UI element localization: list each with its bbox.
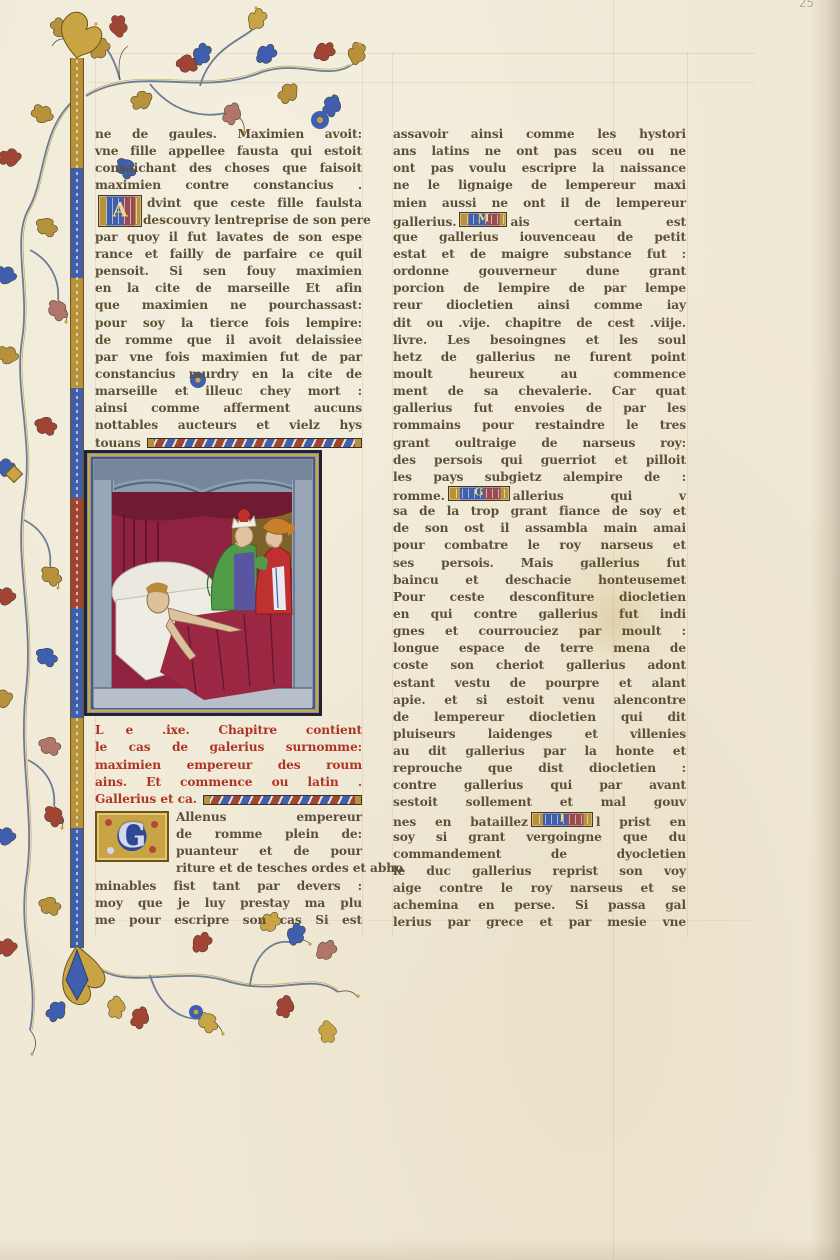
- rubric-chapter-heading: Le .ixe. Chapitre contientle cas de gale…: [95, 722, 362, 808]
- line-text: moult heureux au commence: [393, 367, 686, 381]
- line-text: mien aussi ne ont il de lempereur: [393, 196, 686, 210]
- line-text: ont pas voulu escripre la naissance: [393, 161, 686, 175]
- line-filler-ornament: [203, 795, 362, 805]
- line-text: minables fist tant par devers :: [95, 879, 362, 893]
- line-text: porcion de lempire de par lempe: [393, 281, 686, 295]
- manuscript-page: 25 ne de gaules. Maximien avoit:vne fill…: [0, 0, 840, 1260]
- bedchamber-scene: [112, 492, 294, 700]
- line-text: pluiseurs laidenges et villenies: [393, 727, 686, 741]
- initial-letter: I: [559, 810, 564, 827]
- line-text: baincu et deschacie honteusemet: [393, 573, 686, 587]
- line-text: ne de gaules. Maximien avoit:: [95, 127, 362, 141]
- line-text: de lempereur diocletien qui dit: [393, 710, 686, 724]
- line-text: ais certain est: [510, 215, 686, 229]
- text-line: apie. et si estoit venu alencontre: [393, 692, 686, 709]
- text-line: consaichant des choses que faisoit: [95, 160, 362, 177]
- text-line: contre gallerius qui par avant: [393, 777, 686, 794]
- text-line: le cas de galerius surnomme:: [95, 739, 362, 756]
- text-line: par vne fois maximien fut de par: [95, 349, 362, 366]
- text-line: achemina en perse. Si passa gal: [393, 897, 686, 914]
- champ-initial-A: A: [98, 195, 142, 227]
- line-text: sa de la trop grant fiance de soy et: [393, 504, 686, 518]
- illuminated-initial-G: G: [95, 811, 169, 862]
- line-text: romme.: [393, 489, 445, 503]
- line-text: le cas de galerius surnomme:: [95, 740, 362, 754]
- text-line: mien aussi ne ont il de lempereur: [393, 195, 686, 212]
- line-text: par quoy il fut lavates de son espe: [95, 230, 362, 244]
- champ-initial-G: G: [448, 486, 510, 501]
- line-text: de son ost il assambla main amai: [393, 521, 686, 535]
- line-text: les pays subgietz alempire de :: [393, 470, 686, 484]
- text-line: marseille et illeuc chey mort :: [95, 383, 362, 400]
- initial-letter: M: [477, 210, 489, 227]
- line-text: moy que je luy prestay ma plu: [95, 896, 362, 910]
- text-line: pensoit. Si sen fouy maximien: [95, 263, 362, 280]
- page-edge-shadow-right: [810, 0, 840, 1260]
- line-text: que maximien ne pourchassast:: [95, 298, 362, 312]
- text-line: maximien empereur des roum: [95, 757, 362, 774]
- line-text: des persois qui guerriot et pilloit: [393, 453, 686, 467]
- line-text: livre. Les besoingnes et les soul: [393, 333, 686, 347]
- text-line: livre. Les besoingnes et les soul: [393, 332, 686, 349]
- text-line: constancius murdry en la cite de: [95, 366, 362, 383]
- line-text: descouvry lentreprise de son pere: [143, 213, 371, 227]
- miniature-deathbed-scene: [84, 450, 322, 716]
- text-line: moy que je luy prestay ma plu: [95, 895, 362, 912]
- line-text: ans latins ne ont pas sceu ou ne: [393, 144, 686, 158]
- line-text: reur diocletien ainsi comme iay: [393, 298, 686, 312]
- initial-letter: G: [474, 484, 483, 501]
- line-text: dit ou .vije. chapitre de cest .viije.: [393, 316, 686, 330]
- line-filler-ornament: [147, 438, 362, 448]
- text-line: gallerius.Mais certain est: [393, 212, 686, 229]
- line-text: rance et failly de parfaire ce quil: [95, 247, 362, 261]
- line-text: commandement de dyocletien: [393, 847, 686, 861]
- text-line: reur diocletien ainsi comme iay: [393, 297, 686, 314]
- page-edge-shadow-bottom: [0, 1238, 840, 1260]
- line-text: estat et de maigre substance fut :: [393, 247, 686, 261]
- line-text: hetz de gallerius ne furent point: [393, 350, 686, 364]
- line-text: me pour escripre son cas Si est: [95, 913, 362, 927]
- text-line: lerius par grece et par mesie vne: [393, 914, 686, 931]
- miniature-painting: [84, 450, 322, 716]
- line-text: riture et de tesches ordes et abho: [176, 861, 403, 875]
- text-line: ne le lignaige de lempereur maxi: [393, 177, 686, 194]
- text-line: ment de sa chevalerie. Car quat: [393, 383, 686, 400]
- text-line: reprouche que dist diocletien :: [393, 760, 686, 777]
- text-line: maximien contre constancius .: [95, 177, 362, 194]
- text-line: gnes et courrouciez par moult :: [393, 623, 686, 640]
- text-line: le duc gallerius reprist son voy: [393, 863, 686, 880]
- line-text: pensoit. Si sen fouy maximien: [95, 264, 362, 278]
- line-text: ses persois. Mais gallerius fut: [393, 556, 686, 570]
- line-text: allerius qui v: [513, 489, 686, 503]
- line-text: contre gallerius qui par avant: [393, 778, 686, 792]
- text-line: pour combatre le roy narseus et: [393, 537, 686, 554]
- text-line: Gallerius et ca.: [95, 791, 362, 808]
- line-text: consaichant des choses que faisoit: [95, 161, 362, 175]
- text-line: grant oultraige de narseus roy:: [393, 435, 686, 452]
- text-line: vne fille appellee fausta qui estoit: [95, 143, 362, 160]
- text-line: baincu et deschacie honteusemet: [393, 572, 686, 589]
- initial-letter: A: [112, 201, 127, 218]
- chapter-opening: G Allenus empereurde romme plein de:puan…: [95, 809, 362, 929]
- line-text: soy si grant vergoingne que du: [393, 830, 686, 844]
- text-line: me pour escripre son cas Si est: [95, 912, 362, 929]
- text-line: ainsi comme afferment aucuns: [95, 400, 362, 417]
- line-text: estant vestu de pourpre et alant: [393, 676, 686, 690]
- line-text: puanteur et de pour: [176, 844, 362, 858]
- text-line: ains. Et commence ou latin .: [95, 774, 362, 791]
- line-text: maximien contre constancius .: [95, 178, 362, 192]
- text-line: commandement de dyocletien: [393, 846, 686, 863]
- line-text: pour soy la tierce fois lempire:: [95, 316, 362, 330]
- line-text: coste son cheriot gallerius adont: [393, 658, 686, 672]
- text-line: gallerius fut envoies de par les: [393, 400, 686, 417]
- text-line: ans latins ne ont pas sceu ou ne: [393, 143, 686, 160]
- text-line: Advint que ceste fille faulsta: [95, 195, 362, 212]
- line-text: Pour ceste desconfiture diocletien: [393, 590, 686, 604]
- line-text: aige contre le roy narseus et se: [393, 881, 686, 895]
- line-text: rommains pour restaindre le tres: [393, 418, 686, 432]
- line-text: par vne fois maximien fut de par: [95, 350, 362, 364]
- text-line: les pays subgietz alempire de :: [393, 469, 686, 486]
- text-line: rance et failly de parfaire ce quil: [95, 246, 362, 263]
- initial-letter: G: [118, 816, 147, 856]
- text-line: pluiseurs laidenges et villenies: [393, 726, 686, 743]
- line-text: le duc gallerius reprist son voy: [393, 864, 686, 878]
- line-text: de romme plein de:: [176, 827, 362, 841]
- line-text: pour combatre le roy narseus et: [393, 538, 686, 552]
- text-line: nes en bataillezIl prist en: [393, 812, 686, 829]
- text-line: par quoy il fut lavates de son espe: [95, 229, 362, 246]
- line-text: achemina en perse. Si passa gal: [393, 898, 686, 912]
- line-text: gallerius.: [393, 215, 456, 229]
- text-line: sestoit sollement et mal gouv: [393, 794, 686, 811]
- line-text: ordonne gouverneur dune grant: [393, 264, 686, 278]
- line-text: ment de sa chevalerie. Car quat: [393, 384, 686, 398]
- text-line: romme.Gallerius qui v: [393, 486, 686, 503]
- line-text: ains. Et commence ou latin .: [95, 775, 362, 789]
- text-line: minables fist tant par devers :: [95, 878, 362, 895]
- line-text: gallerius fut envoies de par les: [393, 401, 686, 415]
- line-text: maximien empereur des roum: [95, 758, 362, 772]
- text-line: moult heureux au commence: [393, 366, 686, 383]
- line-text: que gallerius iouvenceau de petit: [393, 230, 686, 244]
- text-line: au dit gallerius par la honte et: [393, 743, 686, 760]
- ruling-line: [687, 52, 688, 937]
- text-line: que maximien ne pourchassast:: [95, 297, 362, 314]
- line-text: dvint que ceste fille faulsta: [147, 196, 362, 210]
- line-text: constancius murdry en la cite de: [95, 367, 362, 381]
- line-text: ainsi comme afferment aucuns: [95, 401, 362, 415]
- text-line: de son ost il assambla main amai: [393, 520, 686, 537]
- text-line: des persois qui guerriot et pilloit: [393, 452, 686, 469]
- line-text: assavoir ainsi comme les hystori: [393, 127, 686, 141]
- text-line: hetz de gallerius ne furent point: [393, 349, 686, 366]
- text-line: sa de la trop grant fiance de soy et: [393, 503, 686, 520]
- text-line: ses persois. Mais gallerius fut: [393, 555, 686, 572]
- text-line: Le .ixe. Chapitre contient: [95, 722, 362, 739]
- champ-initial-M: M: [459, 212, 507, 227]
- text-line: Pour ceste desconfiture diocletien: [393, 589, 686, 606]
- text-line: ne de gaules. Maximien avoit:: [95, 126, 362, 143]
- text-line: riture et de tesches ordes et abho: [95, 860, 362, 877]
- text-line: assavoir ainsi comme les hystori: [393, 126, 686, 143]
- text-line: estat et de maigre substance fut :: [393, 246, 686, 263]
- text-line: nottables aucteurs et vielz hys: [95, 417, 362, 434]
- line-text: sestoit sollement et mal gouv: [393, 795, 686, 809]
- line-text: de romme que il avoit delaissiee: [95, 333, 362, 347]
- text-column-left: ne de gaules. Maximien avoit:vne fille a…: [95, 126, 362, 452]
- text-line: de romme que il avoit delaissiee: [95, 332, 362, 349]
- text-line: ordonne gouverneur dune grant: [393, 263, 686, 280]
- line-text: grant oultraige de narseus roy:: [393, 436, 686, 450]
- line-text: en qui contre gallerius fut indi: [393, 607, 686, 621]
- text-line: dit ou .vije. chapitre de cest .viije.: [393, 315, 686, 332]
- line-text: en la cite de marseille Et afin: [95, 281, 362, 295]
- text-line: en qui contre gallerius fut indi: [393, 606, 686, 623]
- line-text: vne fille appellee fausta qui estoit: [95, 144, 362, 158]
- text-column-right: assavoir ainsi comme les hystorians lati…: [393, 126, 686, 932]
- line-text: ne le lignaige de lempereur maxi: [393, 178, 686, 192]
- text-line: en la cite de marseille Et afin: [95, 280, 362, 297]
- text-line: soy si grant vergoingne que du: [393, 829, 686, 846]
- line-text: Allenus empereur: [176, 810, 362, 824]
- text-line: que gallerius iouvenceau de petit: [393, 229, 686, 246]
- line-text: lerius par grece et par mesie vne: [393, 915, 686, 929]
- text-line: aige contre le roy narseus et se: [393, 880, 686, 897]
- line-text: reprouche que dist diocletien :: [393, 761, 686, 775]
- line-text: nes en bataillez: [393, 815, 528, 829]
- text-line: de lempereur diocletien qui dit: [393, 709, 686, 726]
- text-line: ont pas voulu escripre la naissance: [393, 160, 686, 177]
- text-line: rommains pour restaindre le tres: [393, 417, 686, 434]
- line-text: longue espace de terre mena de: [393, 641, 686, 655]
- text-line: porcion de lempire de par lempe: [393, 280, 686, 297]
- text-line: longue espace de terre mena de: [393, 640, 686, 657]
- line-text: marseille et illeuc chey mort :: [95, 384, 362, 398]
- text-line: estant vestu de pourpre et alant: [393, 675, 686, 692]
- line-text: nottables aucteurs et vielz hys: [95, 418, 362, 432]
- line-text: e .ixe. Chapitre contient: [125, 723, 362, 737]
- text-line: pour soy la tierce fois lempire:: [95, 315, 362, 332]
- line-text: gnes et courrouciez par moult :: [393, 624, 686, 638]
- line-text: apie. et si estoit venu alencontre: [393, 693, 686, 707]
- line-text: l prist en: [596, 815, 686, 829]
- text-line: coste son cheriot gallerius adont: [393, 657, 686, 674]
- line-text: au dit gallerius par la honte et: [393, 744, 686, 758]
- line-text: Gallerius et ca.: [95, 791, 197, 808]
- line-text: L: [95, 723, 103, 737]
- champ-initial-I: I: [531, 812, 593, 827]
